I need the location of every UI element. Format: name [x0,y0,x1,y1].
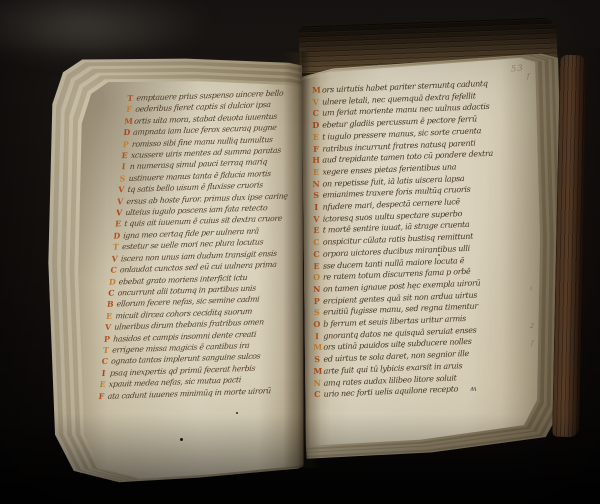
manuscript-photo: 53 Mors uirtutis habet pariter sternuntq… [0,0,600,504]
right-page: 53 Mors uirtutis habet pariter sternuntq… [298,42,546,450]
line-initial: T [102,345,110,357]
line-initial: C [101,356,109,368]
line-initial: F [97,391,105,403]
line-initial: P [121,139,129,151]
margin-mark: 2 [530,322,534,330]
line-initial: S [118,173,126,185]
line-initial: V [110,253,118,265]
line-initial: D [108,276,116,288]
line-initial: V [115,207,123,219]
line-initial: P [103,333,111,345]
line-initial: V [104,322,112,334]
margin-mark: ſ [531,339,533,347]
line-initial: C [107,287,115,299]
line-initial: I [99,368,107,380]
folio-number: 53 [511,64,524,75]
left-page: Temptauere prius suspenso uincere belloF… [70,60,305,485]
line-initial: E [120,150,128,162]
background-blur [0,0,212,62]
line-initial: E [105,310,113,322]
margin-mark: ı [530,284,532,292]
parchment-speck [236,412,238,414]
right-page-text: Mors uirtutis habet pariter sternuntq ca… [312,76,535,401]
wormhole-speck [180,438,183,441]
gutter-shadow [283,52,321,468]
margin-mark: ſ [527,72,529,80]
line-initial: T [126,93,134,105]
line-initial: V [117,184,125,196]
line-initial: E [114,219,122,231]
line-initial: D [113,230,121,242]
line-initial: V [116,196,124,208]
left-page-text: Temptauere prius suspenso uincere belloF… [97,87,295,402]
line-initial: I [119,161,127,173]
line-initial: F [125,104,133,116]
line-initial: D [123,127,131,139]
parchment-speck [438,254,440,256]
line-initial: C [109,265,117,277]
line-initial: B [106,299,114,311]
line-initial: M [124,116,132,128]
line-initial: T [112,242,120,254]
line-initial: E [98,379,106,391]
margin-mark: ʍ [470,384,476,393]
